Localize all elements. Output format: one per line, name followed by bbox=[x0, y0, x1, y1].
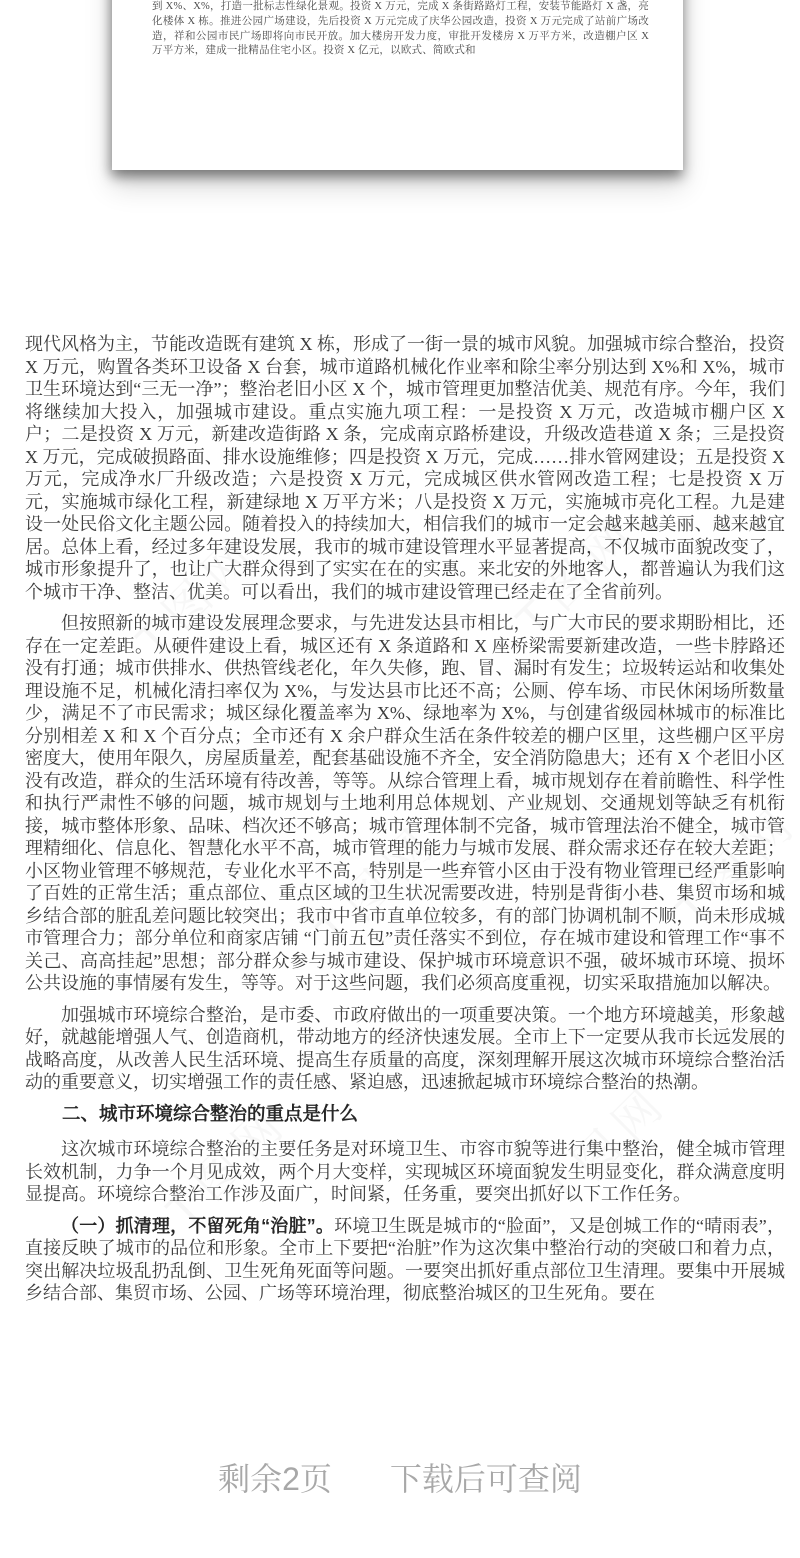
paragraph-city-construction: 现代风格为主，节能改造既有建筑 X 栋，形成了一街一景的城市风貌。加强城市综合整… bbox=[25, 333, 785, 603]
document-body: 现代风格为主，节能改造既有建筑 X 栋，形成了一街一景的城市风貌。加强城市综合整… bbox=[25, 333, 785, 1314]
paragraph-significance: 加强城市环境综合整治，是市委、市政府做出的一项重要决策。一个地方环境越美，形象越… bbox=[25, 1004, 785, 1094]
section-heading: 二、城市环境综合整治的重点是什么 bbox=[25, 1103, 785, 1126]
preview-page: { "colors": { "page_background": "#fffff… bbox=[0, 0, 800, 1558]
previous-page-text: 到 X%、X%，打造一批标志性绿化景观。投资 X 万元，完成 X 条街路路灯工程… bbox=[152, 0, 649, 59]
remaining-pages-label: 剩余2页 bbox=[218, 1461, 332, 1497]
previous-page-card: 到 X%、X%，打造一批标志性绿化景观。投资 X 万元，完成 X 条街路路灯工程… bbox=[112, 0, 683, 170]
download-hint-label: 下载后可查阅 bbox=[390, 1461, 582, 1497]
remaining-pages-notice: 剩余2页下载后可查阅 bbox=[0, 1458, 800, 1500]
paragraph-gaps-and-problems: 但按照新的城市建设发展理念要求，与先进发达县市相比，与广大市民的要求期盼相比，还… bbox=[25, 612, 785, 995]
paragraph-main-tasks: 这次城市环境综合整治的主要任务是对环境卫生、市容市貌等进行集中整治，健全城市管理… bbox=[25, 1138, 785, 1206]
task-one-lead: （一）抓清理，不留死角“治脏”。 bbox=[61, 1216, 334, 1236]
paragraph-task-one: （一）抓清理，不留死角“治脏”。环境卫生既是城市的“脸面”，又是创城工作的“晴雨… bbox=[25, 1215, 785, 1305]
